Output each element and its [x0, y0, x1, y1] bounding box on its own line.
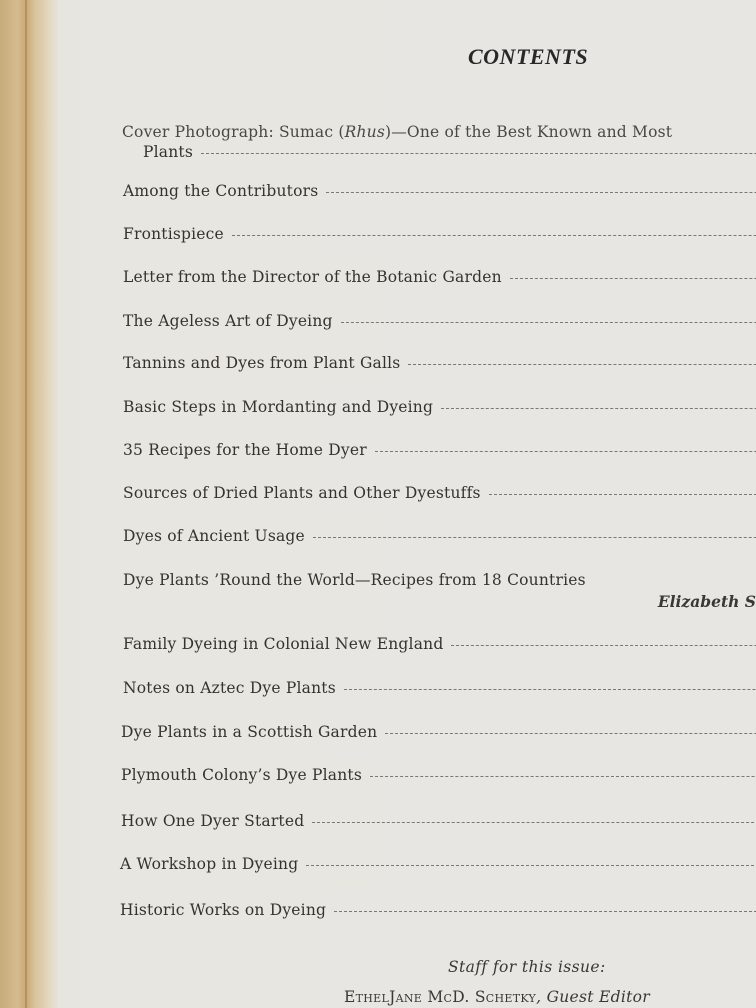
dot-leader [341, 322, 756, 323]
entry-title: 35 Recipes for the Home Dyer [123, 441, 367, 459]
dot-leader [313, 537, 756, 538]
dot-leader [306, 865, 756, 866]
dot-leader [408, 364, 756, 365]
toc-entry: A Workshop in Dyeing [0, 855, 756, 873]
toc-entry: Dye Plants in a Scottish Garden J [0, 722, 756, 741]
entry-title: A Workshop in Dyeing [120, 855, 298, 873]
cover-suffix: )—One of the Best Known and Most [385, 123, 672, 141]
staff-guest-editor: EthelJane McD. Schetky, Guest Editor [344, 988, 650, 1006]
staff-heading: Staff for this issue: [448, 958, 606, 976]
entry-title: Dye Plants in a Scottish Garden [121, 723, 377, 741]
dot-leader [441, 408, 756, 409]
dot-leader [232, 235, 756, 236]
toc-entry-cover-photograph: Cover Photograph: Sumac (Rhus)—One of th… [122, 123, 672, 141]
entry-title: Letter from the Director of the Botanic … [123, 268, 502, 286]
toc-entry-cover-continuation: Plants [0, 143, 756, 161]
dot-leader [334, 911, 756, 912]
entry-title: Family Dyeing in Colonial New England [123, 635, 443, 653]
cover-genus: Rhus [345, 123, 385, 141]
entry-author: Elizabeth S [658, 592, 756, 611]
entry-title: Historic Works on Dyeing [120, 901, 326, 919]
page-title: CONTENTS [468, 44, 588, 70]
dot-leader [201, 153, 756, 154]
toc-entry: Letter from the Director of the Botanic … [0, 268, 756, 286]
dot-leader [312, 822, 756, 823]
dot-leader [326, 192, 756, 193]
toc-entry: Sources of Dried Plants and Other Dyestu… [0, 484, 756, 502]
entry-title: Plymouth Colony’s Dye Plants [121, 766, 362, 784]
staff-name: EthelJane McD. Schetky [344, 988, 536, 1006]
toc-entry: How One Dyer Started Helen W [0, 811, 756, 830]
entry-title: How One Dyer Started [121, 812, 304, 830]
dot-leader [489, 494, 756, 495]
entry-title: Notes on Aztec Dye Plants [123, 679, 336, 697]
dot-leader [451, 645, 756, 646]
toc-entry: Plymouth Colony’s Dye Plants [0, 766, 756, 784]
entry-title: Plants [143, 143, 193, 161]
toc-entry: Among the Contributors [0, 182, 756, 200]
entry-title: The Ageless Art of Dyeing [123, 312, 333, 330]
toc-entry: 35 Recipes for the Home Dyer [0, 441, 756, 459]
toc-entry: Historic Works on Dyeing Si [0, 900, 756, 919]
toc-entry: Dye Plants ’Round the World—Recipes from… [0, 571, 756, 589]
dot-leader [385, 733, 756, 734]
toc-entry: Dyes of Ancient Usage [0, 527, 756, 545]
toc-entry: The Ageless Art of Dyeing EthelJa [0, 311, 756, 330]
toc-entry: Family Dyeing in Colonial New England Ma… [0, 634, 756, 653]
dot-leader [344, 689, 756, 690]
entry-title: Frontispiece [123, 225, 224, 243]
dot-leader [510, 278, 756, 279]
entry-title: Dye Plants ’Round the World—Recipes from… [123, 571, 586, 589]
toc-entry: Tannins and Dyes from Plant Galls [0, 354, 756, 372]
cover-prefix: Cover Photograph: Sumac ( [122, 123, 345, 141]
entry-title: Sources of Dried Plants and Other Dyestu… [123, 484, 481, 502]
entry-title: Among the Contributors [123, 182, 318, 200]
entry-title: Tannins and Dyes from Plant Galls [123, 354, 400, 372]
dot-leader [370, 776, 756, 777]
toc-entry: Notes on Aztec Dye Plants E [0, 678, 756, 697]
staff-role: , Guest Editor [536, 988, 650, 1006]
dot-leader [375, 451, 756, 452]
toc-entry: Basic Steps in Mordanting and Dyeing [0, 398, 756, 416]
entry-title: Basic Steps in Mordanting and Dyeing [123, 398, 433, 416]
entry-title: Dyes of Ancient Usage [123, 527, 305, 545]
toc-entry: Frontispiece [0, 225, 756, 243]
